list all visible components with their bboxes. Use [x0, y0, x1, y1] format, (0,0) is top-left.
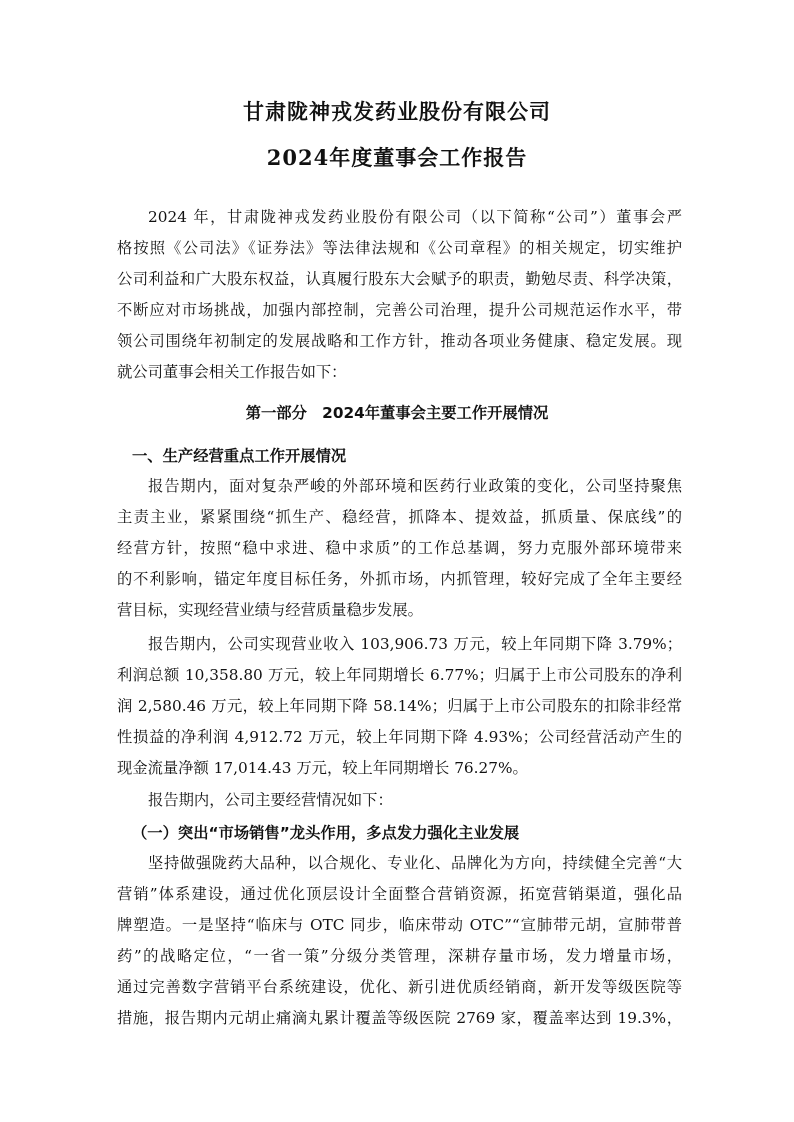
- text-line: 领公司围绕年初制定的发展战略和工作方针，推动各项业务健康、稳定发展。现: [117, 331, 682, 351]
- text-line: 牌塑造。一是坚持“临床与 OTC 同步，临床带动 OTC”“宣肺带元胡，宣肺带普: [117, 915, 682, 935]
- text-line: 润 2,580.46 万元，较上年同期下降 58.14%；归属于上市公司股东的扣…: [117, 696, 682, 716]
- text-line: 报告期内，公司实现营业收入 103,906.73 万元，较上年同期下降 3.79…: [148, 634, 682, 654]
- text-line: 不断应对市场挑战，加强内部控制，完善公司治理，提升公司规范运作水平，带: [117, 300, 682, 320]
- text-line: 报告期内，面对复杂严峻的外部环境和医药行业政策的变化，公司坚持聚焦: [148, 476, 682, 496]
- text-line: 利润总额 10,358.80 万元，较上年同期增长 6.77%；归属于上市公司股…: [117, 665, 682, 685]
- text-line: 性损益的净利润 4,912.72 万元，较上年同期下降 4.93%；公司经营活动…: [117, 727, 682, 747]
- part-heading: 第一部分 2024年董事会主要工作开展情况: [0, 401, 794, 423]
- text-line: 营目标，实现经营业绩与经营质量稳步发展。: [117, 600, 682, 620]
- section-heading: 一、生产经营重点工作开展情况: [132, 444, 346, 466]
- text-line: 措施，报告期内元胡止痛滴丸累计覆盖等级医院 2769 家，覆盖率达到 19.3%…: [117, 1008, 682, 1028]
- company-title: 甘肃陇神戎发药业股份有限公司: [0, 96, 794, 126]
- paragraph-summary-intro: 报告期内，公司主要经营情况如下：: [148, 790, 682, 810]
- text-line: 2024 年，甘肃陇神戎发药业股份有限公司（以下简称“公司”）董事会严: [148, 207, 682, 227]
- text-line: 格按照《公司法》《证券法》等法律法规和《公司章程》的相关规定，切实维护: [117, 238, 682, 258]
- text-line: 公司利益和广大股东权益，认真履行股东大会赋予的职责，勤勉尽责、科学决策，: [117, 269, 682, 289]
- text-line: 坚持做强陇药大品种，以合规化、专业化、品牌化为方向，持续健全完善“大: [148, 853, 682, 873]
- text-line: 经营方针，按照“稳中求进、稳中求质”的工作总基调，努力克服外部环境带来: [117, 538, 682, 558]
- subsection-heading: （一）突出“市场销售”龙头作用，多点发力强化主业发展: [132, 821, 519, 843]
- text-line: 主责主业，紧紧围绕“抓生产、稳经营，抓降本、提效益，抓质量、保底线”的: [117, 507, 682, 527]
- text-line: 药”的战略定位，“一省一策”分级分类管理，深耕存量市场，发力增量市场，: [117, 946, 682, 966]
- text-line: 就公司董事会相关工作报告如下：: [117, 362, 682, 382]
- text-line: 通过完善数字营销平台系统建设，优化、新引进优质经销商，新开发等级医院等: [117, 977, 682, 997]
- report-title: 2024年度董事会工作报告: [0, 142, 794, 172]
- text-line: 的不利影响，锚定年度目标任务，外抓市场，内抓管理，较好完成了全年主要经: [117, 569, 682, 589]
- text-line: 营销”体系建设，通过优化顶层设计全面整合营销资源，拓宽营销渠道，强化品: [117, 884, 682, 904]
- text-line: 现金流量净额 17,014.43 万元，较上年同期增长 76.27%。: [117, 758, 682, 778]
